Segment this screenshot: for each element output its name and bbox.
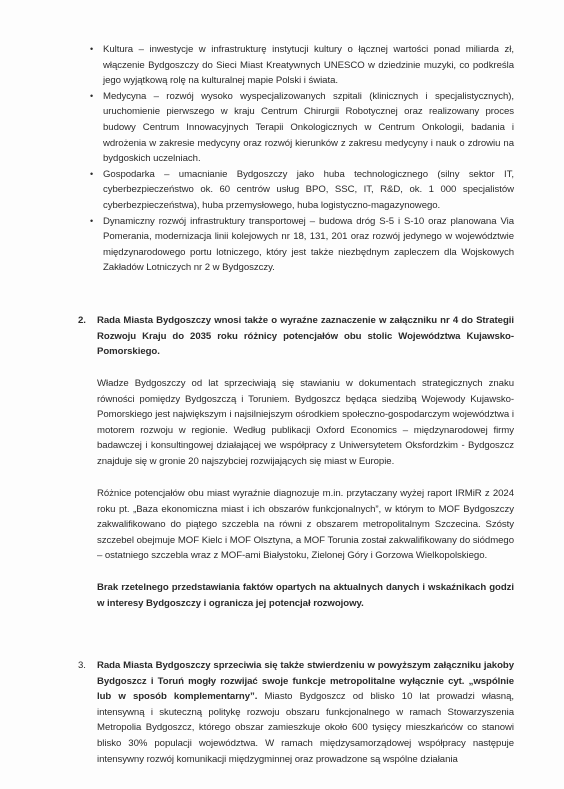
bullet-text: Kultura – inwestycje w infrastrukturę in… — [103, 44, 514, 86]
bullet-icon: • — [90, 214, 93, 230]
bullet-item-transport: • Dynamiczny rozwój infrastruktury trans… — [90, 214, 514, 276]
bullet-text: Gospodarka – umacnianie Bydgoszczy jako … — [103, 169, 514, 211]
bullet-icon: • — [90, 167, 93, 183]
bullet-icon: • — [90, 89, 93, 105]
section-2-conclusion: Brak rzetelnego przedstawiania faktów op… — [97, 580, 514, 611]
section-2-heading: 2. Rada Miasta Bydgoszczy wnosi także o … — [78, 313, 514, 360]
document-page: • Kultura – inwestycje w infrastrukturę … — [0, 0, 564, 789]
bullet-item-medicine: • Medycyna – rozwój wysoko wyspecjalizow… — [90, 89, 514, 167]
bullet-item-culture: • Kultura – inwestycje w infrastrukturę … — [90, 42, 514, 89]
bullet-text: Dynamiczny rozwój infrastruktury transpo… — [103, 216, 514, 274]
strengths-bullet-list: • Kultura – inwestycje w infrastrukturę … — [90, 42, 514, 276]
section-2-paragraph-1: Władze Bydgoszczy od lat sprzeciwiają si… — [97, 376, 514, 470]
section-number: 2. — [78, 313, 86, 329]
section-3-body: Miasto Bydgoszcz od blisko 10 lat prowad… — [97, 691, 514, 764]
section-3: 3. Rada Miasta Bydgoszczy sprzeciwia się… — [78, 658, 514, 767]
section-heading-text: Rada Miasta Bydgoszczy wnosi także o wyr… — [97, 313, 514, 360]
bullet-icon: • — [90, 42, 93, 58]
bullet-item-economy: • Gospodarka – umacnianie Bydgoszczy jak… — [90, 167, 514, 214]
section-3-text: Rada Miasta Bydgoszczy sprzeciwia się ta… — [97, 658, 514, 767]
section-2-paragraph-2: Różnice potencjałów obu miast wyraźnie d… — [97, 486, 514, 564]
section-number: 3. — [78, 658, 86, 674]
bullet-text: Medycyna – rozwój wysoko wyspecjalizowan… — [103, 91, 514, 164]
